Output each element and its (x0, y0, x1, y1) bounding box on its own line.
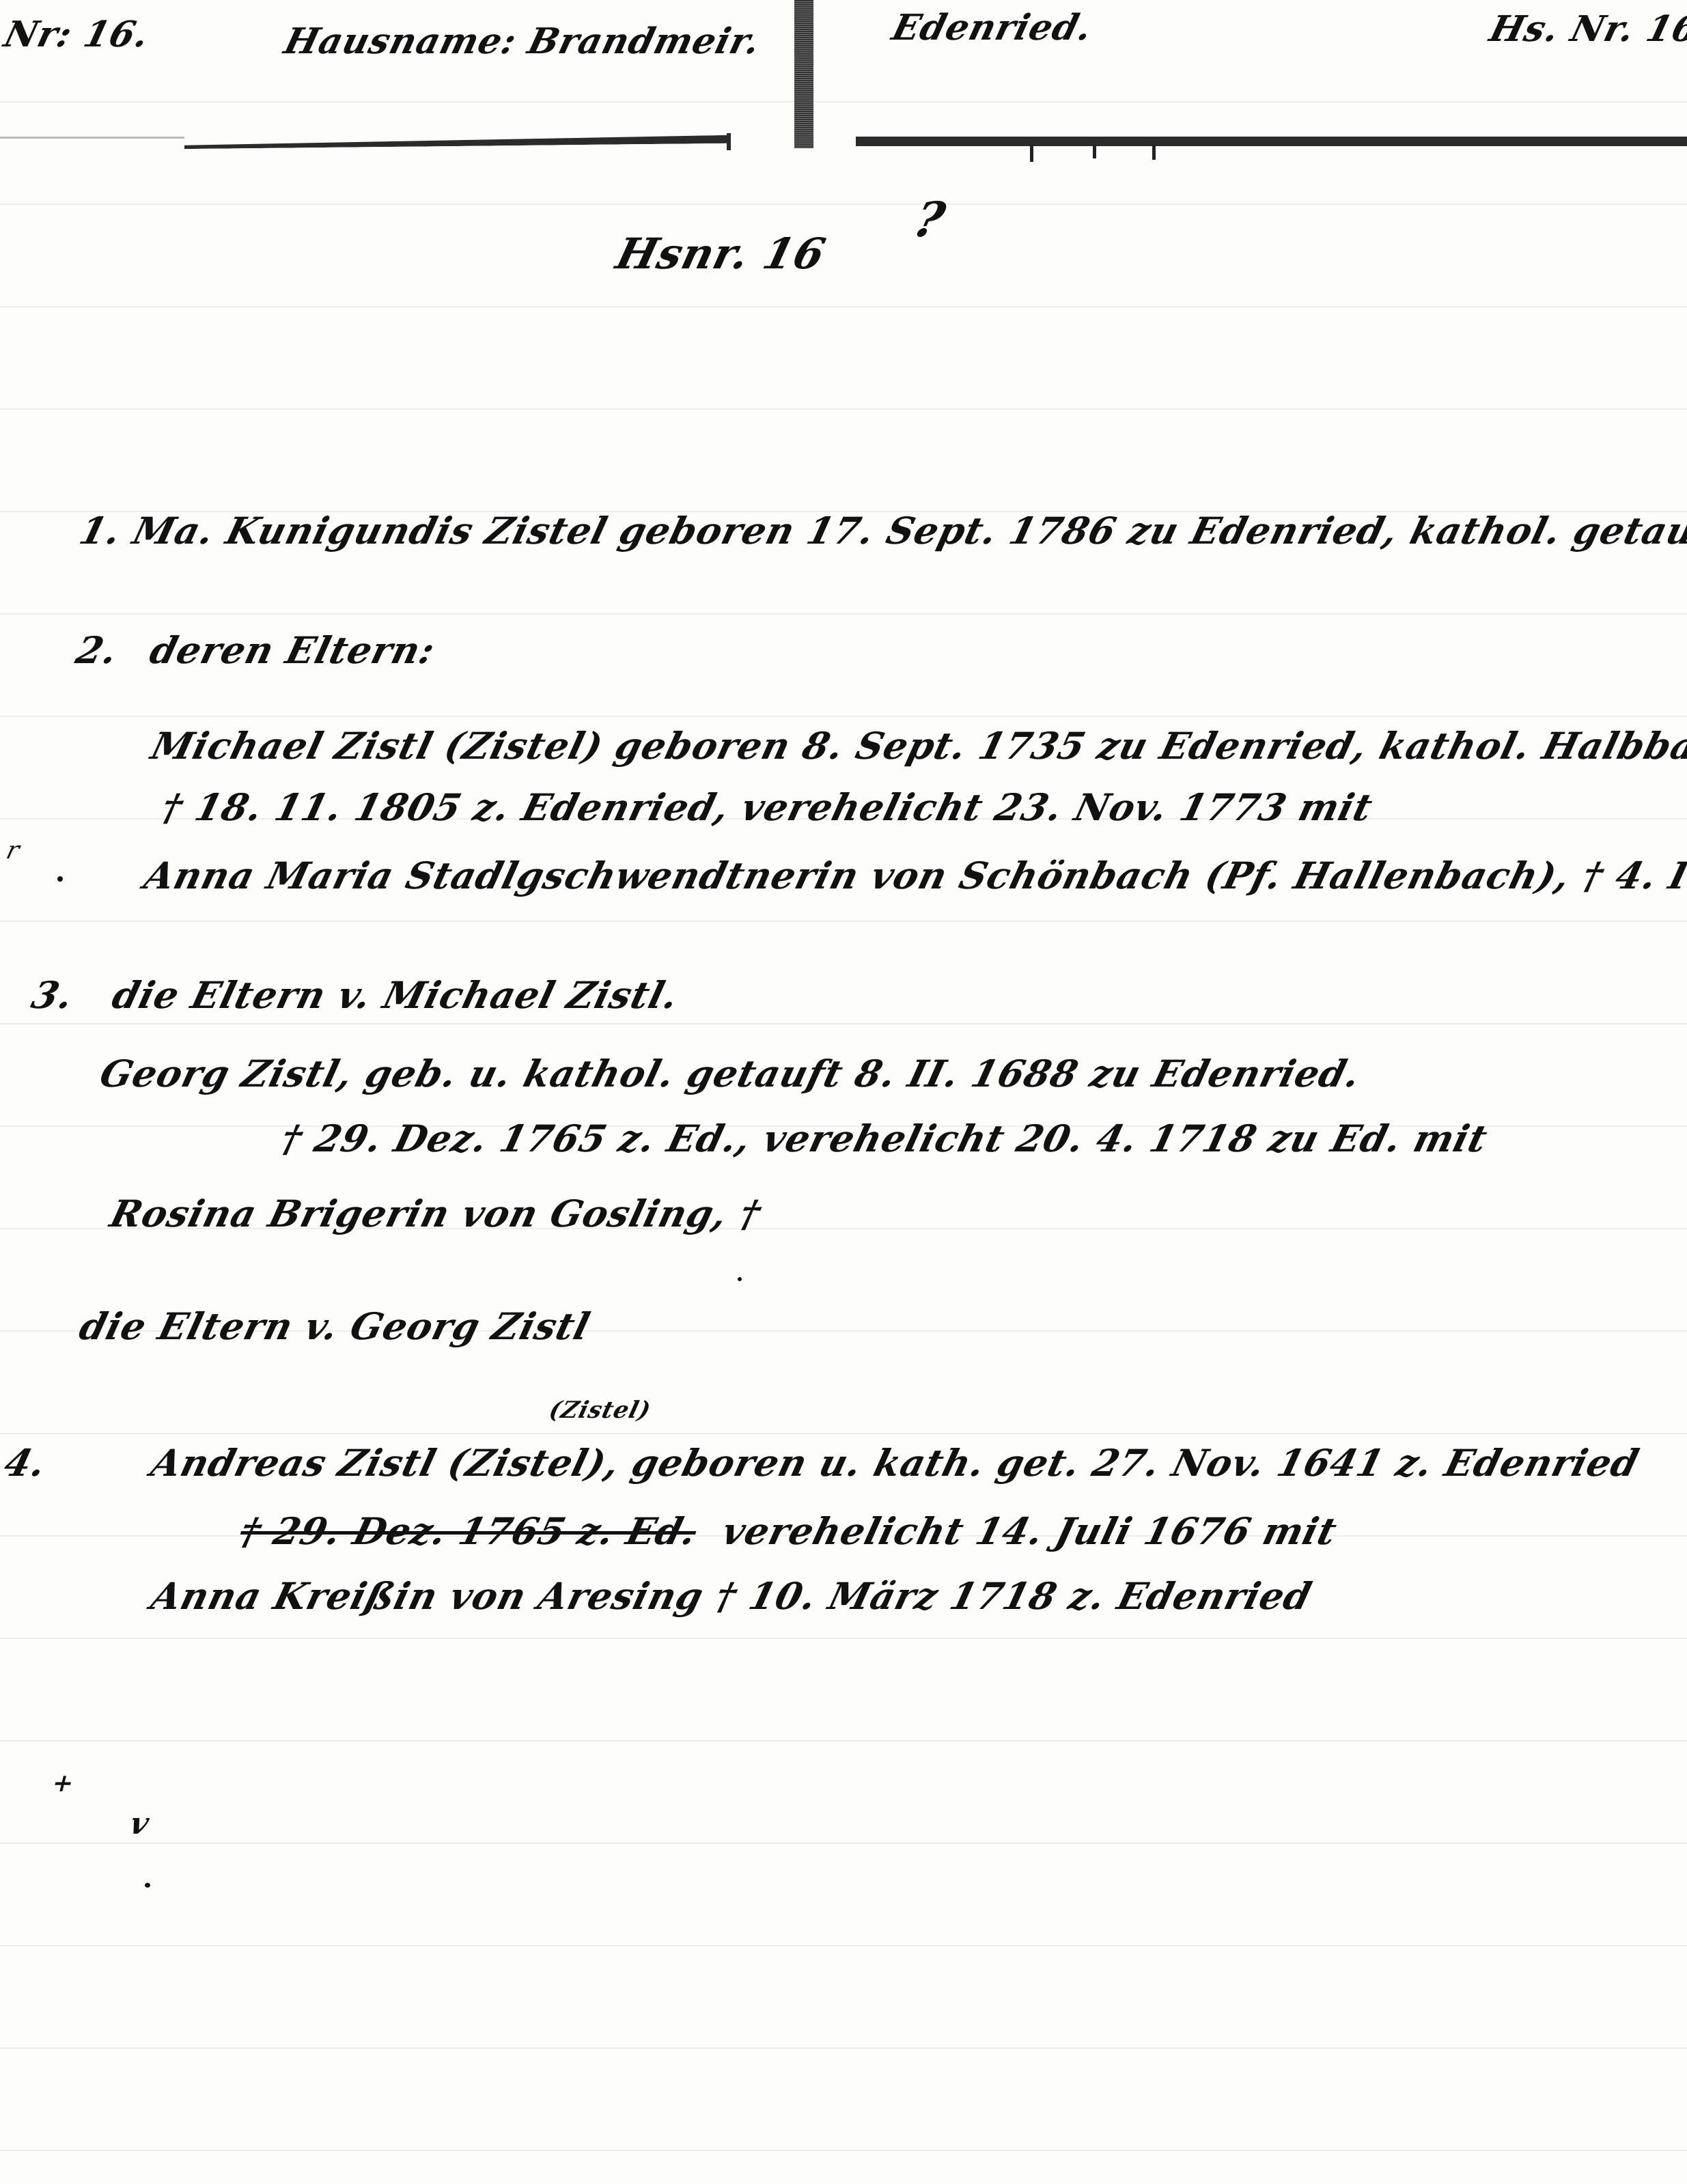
entry-line: † 29. Dez. 1765 z. Ed., verehelicht 20. … (277, 1117, 1492, 1160)
entry-number: 4. (0, 1441, 51, 1485)
entry-1: 1. Ma. Kunigundis Zistel geboren 17. Sep… (75, 509, 1687, 552)
entry-number: 1. (75, 509, 126, 552)
entry-number: 3. (27, 973, 78, 1017)
entry-3-heading: 3. die Eltern v. Michael Zistl. (27, 973, 683, 1017)
header-left-fragment: Nr: 16. (0, 14, 154, 55)
entry-line: Michael Zistl (Zistel) geboren 8. Sept. … (147, 724, 1687, 768)
header-rule-left-faint (0, 137, 184, 139)
entry-line: Georg Zistl, geb. u. kathol. getauft 8. … (96, 1052, 1365, 1095)
header-house-number: Hs. Nr. 16. (1486, 8, 1687, 50)
ink-speck (57, 876, 63, 882)
entry-line: Andreas Zistl (Zistel), geboren u. kath.… (147, 1441, 1643, 1485)
entry-line: Anna Kreißin von Aresing † 10. März 1718… (147, 1574, 1316, 1618)
entry-line: Ma. Kunigundis Zistel geboren 17. Sept. … (128, 509, 1687, 552)
superscript-note: (Zistel) (546, 1397, 654, 1424)
ink-speck (738, 1277, 742, 1281)
header-tick (1093, 145, 1096, 158)
header-rule-left (184, 135, 727, 149)
margin-mark: v (126, 1806, 153, 1841)
header-tick (1152, 145, 1156, 160)
entry-line: † 18. 11. 1805 z. Edenried, verehelicht … (157, 785, 1377, 829)
header-rule-right (856, 137, 1687, 146)
entry-line: Rosina Brigerin von Gosling, † (106, 1192, 766, 1235)
header-tick (1030, 145, 1033, 162)
entry-heading: die Eltern v. Michael Zistl. (108, 973, 683, 1017)
ink-speck (145, 1883, 150, 1888)
header-house-name: Hausname: Brandmeir. (280, 20, 765, 62)
margin-mark: r (3, 837, 23, 865)
margin-mark: + (49, 1769, 78, 1797)
title-question-mark: ? (908, 191, 951, 248)
entry-heading: deren Eltern: (145, 628, 440, 672)
entry-line: verehelicht 14. Juli 1676 mit (718, 1509, 1341, 1553)
header-place-name: Edenried. (888, 7, 1097, 48)
entry-line-4b: † 29. Dez. 1765 z. Ed. verehelicht 14. J… (236, 1509, 1341, 1553)
entry-2-heading: 2. deren Eltern: (72, 628, 440, 672)
entry-line: Anna Maria Stadlgschwendtnerin von Schön… (140, 854, 1687, 897)
section-heading: die Eltern v. Georg Zistl (75, 1304, 595, 1348)
header-rule-left-end (727, 133, 731, 150)
scanned-page: Nr: 16. Hausname: Brandmeir. Edenried. H… (0, 0, 1687, 2184)
entry-number: 2. (72, 628, 122, 672)
struck-out-text: † 29. Dez. 1765 z. Ed. (236, 1509, 701, 1553)
page-title: Hsnr. 16 (611, 229, 831, 279)
header-column-divider (794, 0, 813, 148)
